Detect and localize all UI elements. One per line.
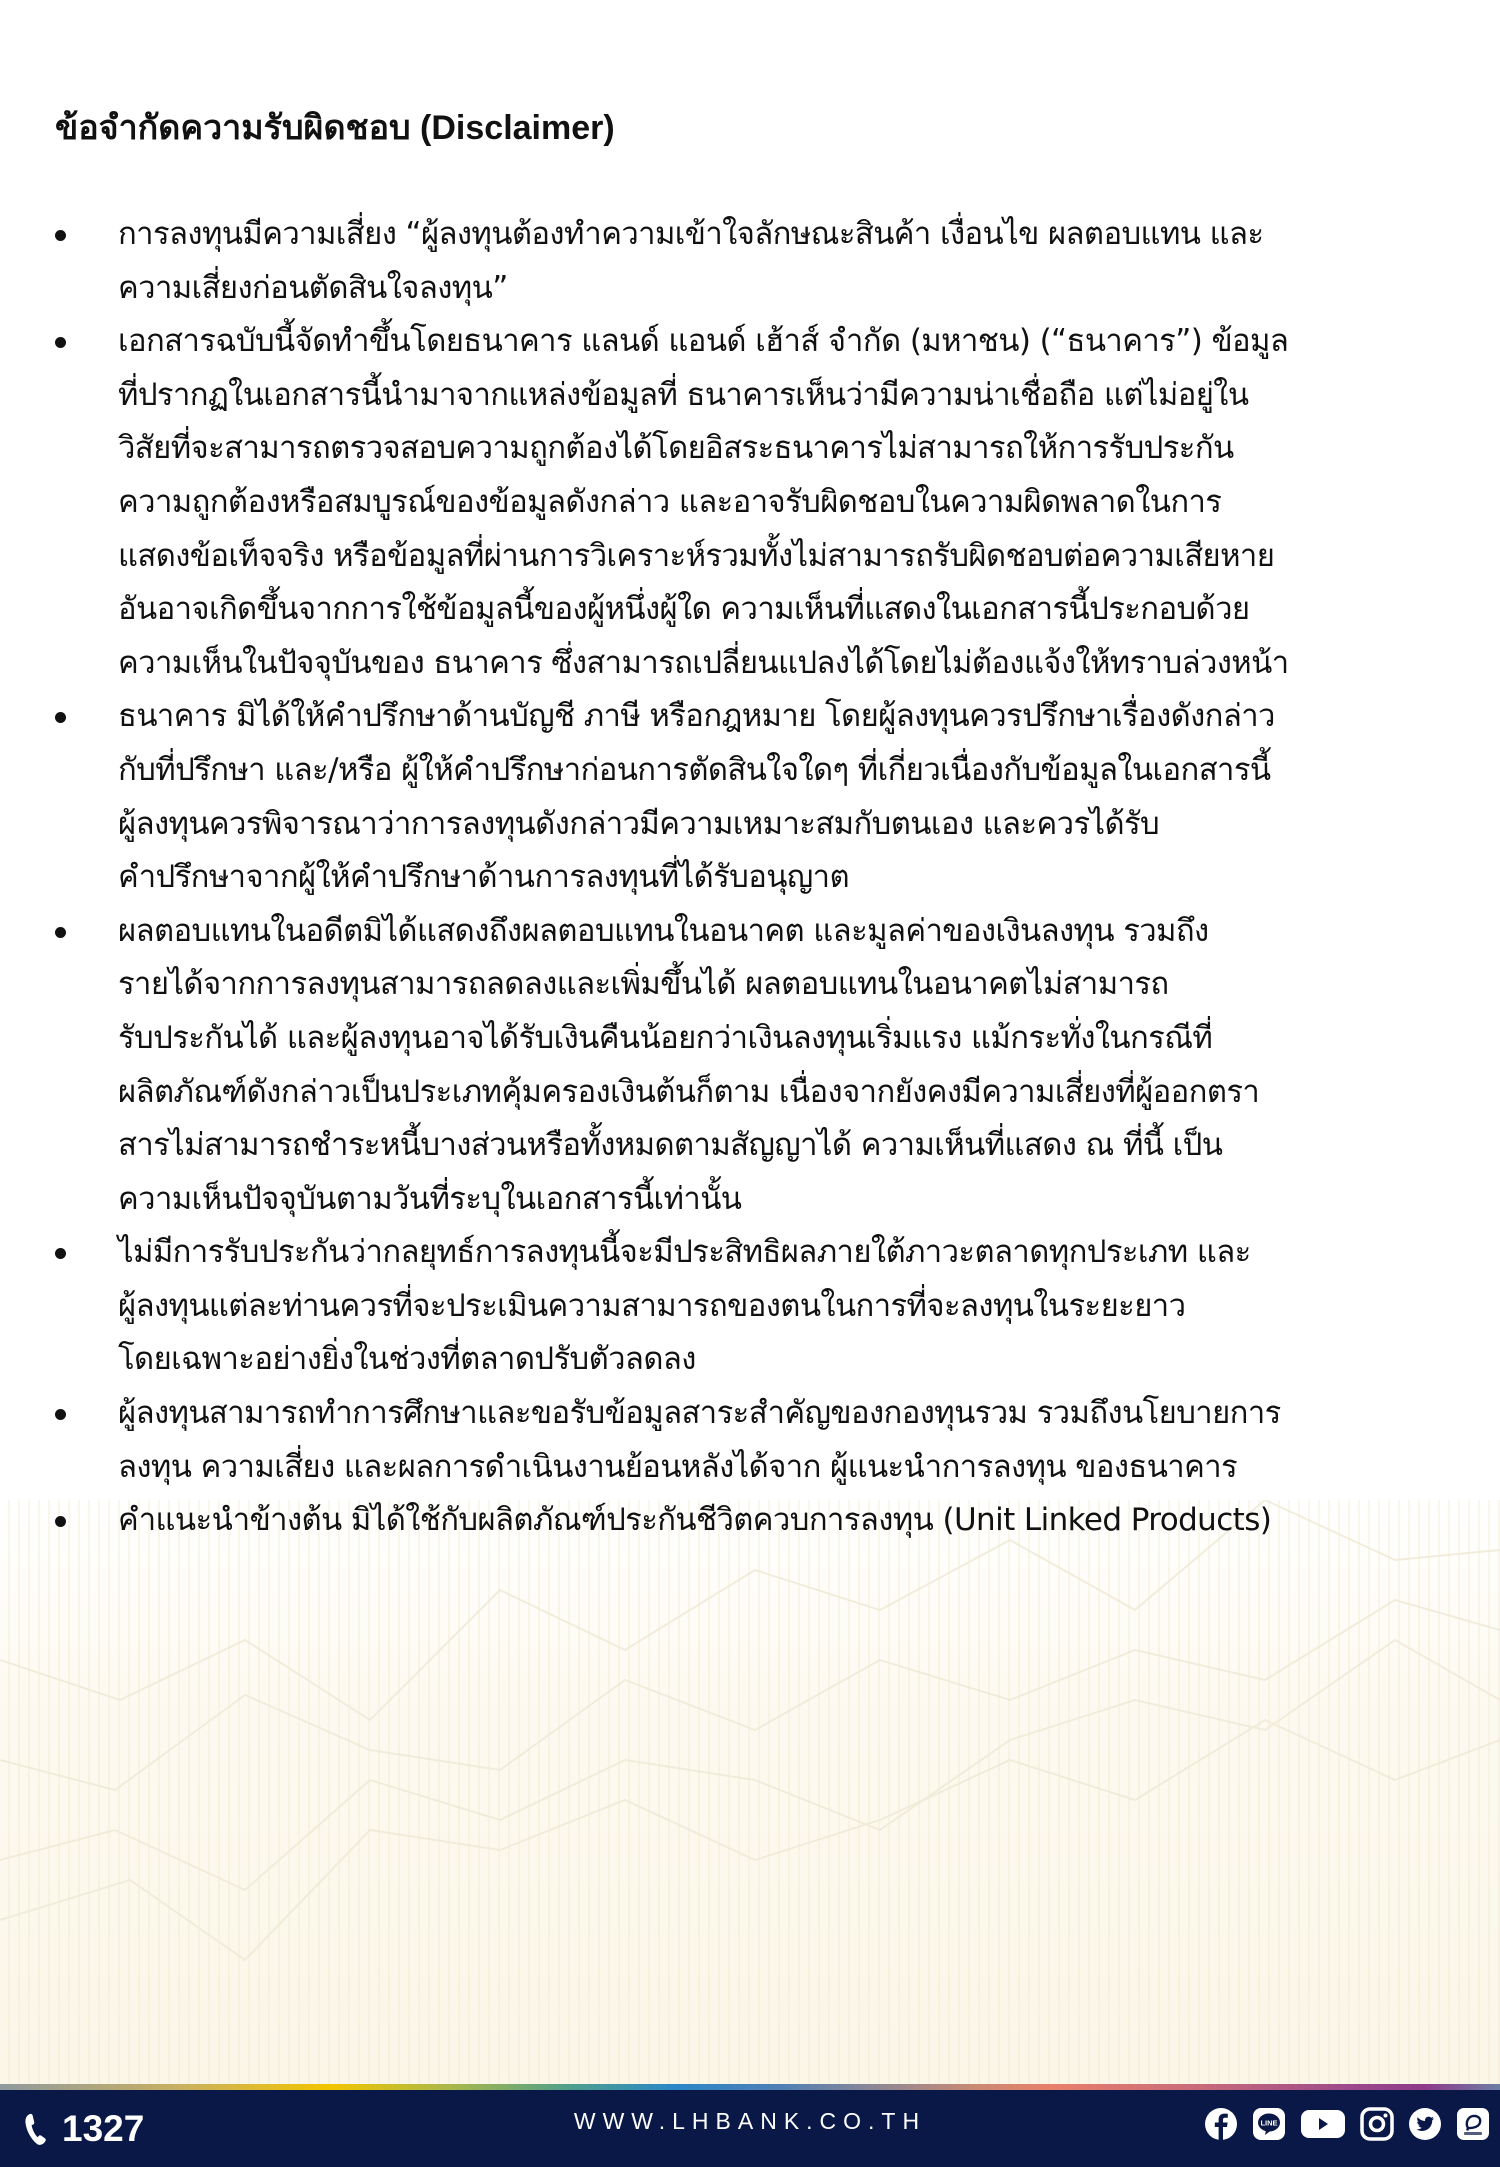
disclaimer-item: ธนาคาร มิได้ให้คำปรึกษาด้านบัญชี ภาษี หร… — [0, 690, 1500, 904]
text-line: ลงทุน ความเสี่ยง และผลการดำเนินงานย้อนหล… — [118, 1441, 1448, 1495]
bullet-icon — [55, 1409, 66, 1420]
line-graph-watermark — [0, 1500, 1500, 2084]
text-line: ธนาคาร มิได้ให้คำปรึกษาด้านบัญชี ภาษี หร… — [118, 690, 1448, 744]
instagram-icon[interactable] — [1360, 2107, 1394, 2141]
disclaimer-item: การลงทุนมีความเสี่ยง “ผู้ลงทุนต้องทำความ… — [0, 208, 1500, 315]
bullet-icon — [55, 337, 66, 348]
footer-bar: 1327 WWW.LHBANK.CO.TH LINE — [0, 2090, 1500, 2167]
blockdit-icon[interactable] — [1456, 2107, 1490, 2141]
svg-text:LINE: LINE — [1260, 2119, 1277, 2128]
disclaimer-item: ผู้ลงทุนสามารถทำการศึกษาและขอรับข้อมูลสา… — [0, 1387, 1500, 1494]
text-line: คำแนะนำข้างต้น มิได้ใช้กับผลิตภัณฑ์ประกั… — [118, 1494, 1448, 1548]
text-line: ผู้ลงทุนควรพิจารณาว่าการลงทุนดังกล่าวมีค… — [118, 798, 1448, 852]
text-line: รายได้จากการลงทุนสามารถลดลงและเพิ่มขึ้นไ… — [118, 958, 1448, 1012]
bullet-icon — [55, 1516, 66, 1527]
text-line: ผลิตภัณฑ์ดังกล่าวเป็นประเภทคุ้มครองเงินต… — [118, 1066, 1448, 1120]
text-line: ที่ปรากฏในเอกสารนี้นำมาจากแหล่งข้อมูลที่… — [118, 369, 1448, 423]
text-line: กับที่ปรึกษา และ/หรือ ผู้ให้คำปรึกษาก่อน… — [118, 744, 1448, 798]
disclaimer-item: เอกสารฉบับนี้จัดทำขึ้นโดยธนาคาร แลนด์ แอ… — [0, 315, 1500, 690]
line-icon[interactable]: LINE — [1252, 2107, 1286, 2141]
text-line: การลงทุนมีความเสี่ยง “ผู้ลงทุนต้องทำความ… — [118, 208, 1448, 262]
text-line: ผู้ลงทุนสามารถทำการศึกษาและขอรับข้อมูลสา… — [118, 1387, 1448, 1441]
disclaimer-item: ผลตอบแทนในอดีตมิได้แสดงถึงผลตอบแทนในอนาค… — [0, 905, 1500, 1227]
text-line: ไม่มีการรับประกันว่ากลยุทธ์การลงทุนนี้จะ… — [118, 1226, 1448, 1280]
social-icons: LINE — [1204, 2107, 1490, 2141]
text-line: อันอาจเกิดขึ้นจากการใช้ข้อมูลนี้ของผู้หน… — [118, 583, 1448, 637]
text-line: ความเสี่ยงก่อนตัดสินใจลงทุน” — [118, 262, 1448, 316]
background-decoration — [0, 1500, 1500, 2084]
text-line: ความถูกต้องหรือสมบูรณ์ของข้อมูลดังกล่าว … — [118, 476, 1448, 530]
text-line: ผู้ลงทุนแต่ละท่านควรที่จะประเมินความสามา… — [118, 1280, 1448, 1334]
text-line: สารไม่สามารถชำระหนี้บางส่วนหรือทั้งหมดตา… — [118, 1119, 1448, 1173]
facebook-icon[interactable] — [1204, 2107, 1238, 2141]
youtube-icon[interactable] — [1300, 2107, 1346, 2141]
text-line: ความเห็นปัจจุบันตามวันที่ระบุในเอกสารนี้… — [118, 1173, 1448, 1227]
disclaimer-item: คำแนะนำข้างต้น มิได้ใช้กับผลิตภัณฑ์ประกั… — [0, 1494, 1500, 1548]
bullet-icon — [55, 712, 66, 723]
disclaimer-list: การลงทุนมีความเสี่ยง “ผู้ลงทุนต้องทำความ… — [0, 208, 1500, 1548]
bullet-icon — [55, 230, 66, 241]
bullet-icon — [55, 927, 66, 938]
page-title: ข้อจำกัดความรับผิดชอบ (Disclaimer) — [55, 106, 615, 150]
disclaimer-item: ไม่มีการรับประกันว่ากลยุทธ์การลงทุนนี้จะ… — [0, 1226, 1500, 1387]
text-line: วิสัยที่จะสามารถตรวจสอบความถูกต้องได้โดย… — [118, 422, 1448, 476]
text-line: คำปรึกษาจากผู้ให้คำปรึกษาด้านการลงทุนที่… — [118, 851, 1448, 905]
text-line: รับประกันได้ และผู้ลงทุนอาจได้รับเงินคืน… — [118, 1012, 1448, 1066]
text-line: โดยเฉพาะอย่างยิ่งในช่วงที่ตลาดปรับตัวลดล… — [118, 1333, 1448, 1387]
bullet-icon — [55, 1248, 66, 1259]
twitter-icon[interactable] — [1408, 2107, 1442, 2141]
text-line: แสดงข้อเท็จจริง หรือข้อมูลที่ผ่านการวิเค… — [118, 530, 1448, 584]
text-line: เอกสารฉบับนี้จัดทำขึ้นโดยธนาคาร แลนด์ แอ… — [118, 315, 1448, 369]
text-line: ผลตอบแทนในอดีตมิได้แสดงถึงผลตอบแทนในอนาค… — [118, 905, 1448, 959]
text-line: ความเห็นในปัจจุบันของ ธนาคาร ซึ่งสามารถเ… — [118, 637, 1448, 691]
